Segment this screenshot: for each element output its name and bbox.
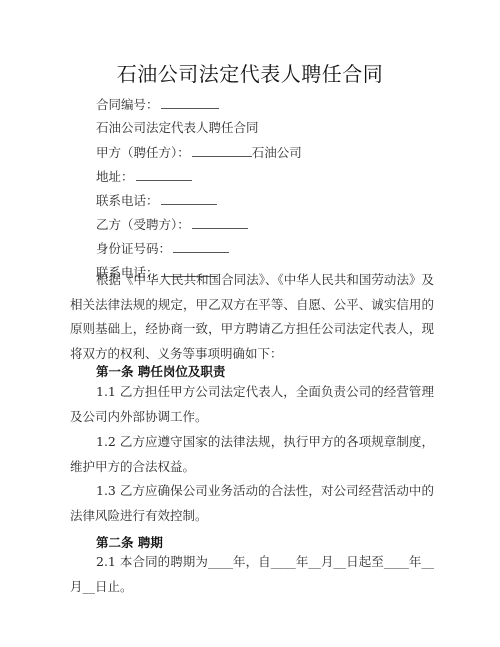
field-label: 甲方（聘任方）： — [96, 145, 190, 160]
field-label: 地址： — [96, 169, 134, 184]
document-title: 石油公司法定代表人聘任合同 — [0, 58, 500, 87]
field-label: 石油公司法定代表人聘任合同 — [96, 120, 259, 135]
field-id-number: 身份证号码： — [96, 240, 229, 257]
address-blank[interactable] — [136, 168, 192, 181]
field-address: 地址： — [96, 168, 192, 185]
clause-1-1: 1.1 乙方担任甲方公司法定代表人，全面负责公司的经营管理及公司内外部协调工作。 — [70, 380, 434, 429]
clause-2-1: 2.1 本合同的聘期为____年，自____年__月__日起至____年__月_… — [70, 550, 434, 599]
document-page: 石油公司法定代表人聘任合同 合同编号： 石油公司法定代表人聘任合同 甲方（聘任方… — [0, 0, 500, 647]
field-label: 身份证号码： — [96, 241, 171, 256]
contract-number-blank[interactable] — [161, 96, 219, 109]
clause-1-3: 1.3 乙方应确保公司业务活动的合法性，对公司经营活动中的法律风险进行有效控制。 — [70, 479, 434, 528]
party-a-blank[interactable] — [192, 144, 252, 157]
field-contract-number: 合同编号： — [96, 96, 219, 113]
field-label: 乙方（受聘方）： — [96, 217, 190, 232]
party-b-blank[interactable] — [192, 216, 248, 229]
field-party-b: 乙方（受聘方）： — [96, 216, 248, 233]
field-party-a-phone: 联系电话： — [96, 192, 217, 209]
field-label: 联系电话： — [96, 193, 159, 208]
field-suffix: 石油公司 — [252, 145, 302, 160]
preamble-paragraph: 根据《中华人民共和国合同法》、《中华人民共和国劳动法》及相关法律法规的规定，甲乙… — [70, 268, 434, 366]
field-party-a: 甲方（聘任方）：石油公司 — [96, 144, 302, 161]
field-contract-name: 石油公司法定代表人聘任合同 — [96, 120, 259, 136]
section-1-heading: 第一条 聘任岗位及职责 — [96, 362, 225, 380]
section-2-heading: 第二条 聘期 — [96, 533, 163, 551]
field-label: 合同编号： — [96, 97, 159, 112]
clause-1-2: 1.2 乙方应遵守国家的法律法规，执行甲方的各项规章制度，维护甲方的合法权益。 — [70, 430, 434, 479]
party-a-phone-blank[interactable] — [161, 192, 217, 205]
id-number-blank[interactable] — [173, 240, 229, 253]
